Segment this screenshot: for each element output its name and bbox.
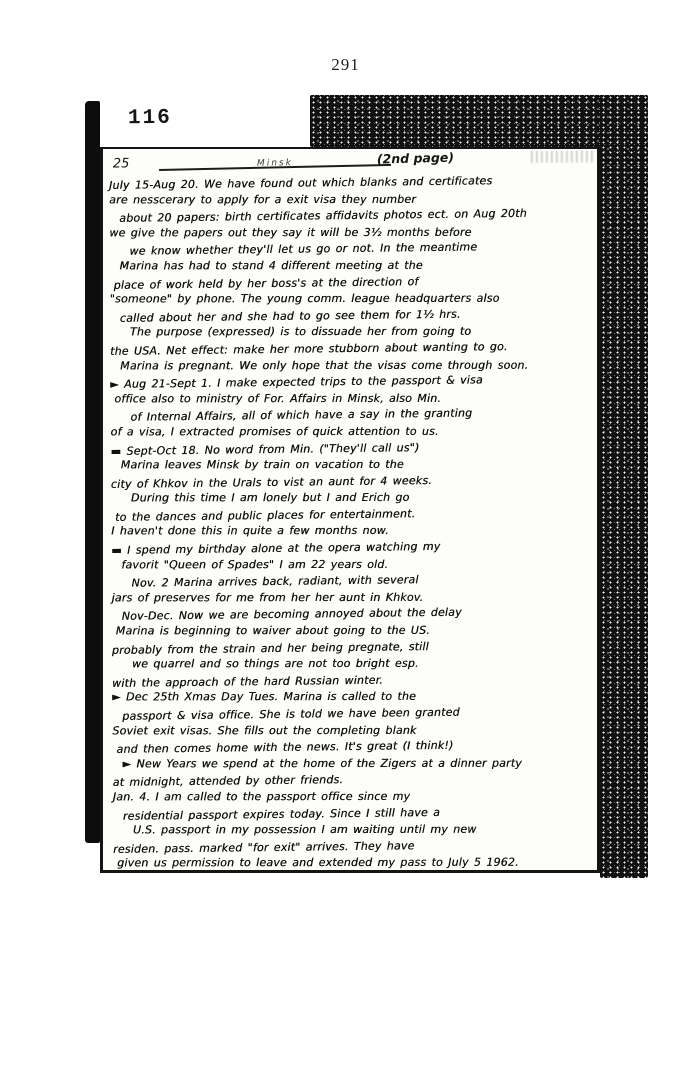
scan-right-edge	[600, 95, 648, 878]
corner-smudge	[531, 151, 593, 163]
printed-page-number: 291	[0, 55, 691, 75]
diary-content: 25 Minsk (2nd page) July 15-Aug 20. We h…	[101, 147, 599, 871]
scan-left-edge	[85, 101, 100, 843]
diary-paper: 25 Minsk (2nd page) July 15-Aug 20. We h…	[100, 147, 600, 873]
exhibit-stamp-box: 116	[100, 99, 310, 147]
underline-scribble: Minsk	[159, 148, 391, 171]
margin-number: 25	[113, 156, 130, 171]
exhibit-stamp-number: 116	[128, 107, 172, 130]
scanned-exhibit: 116 25 Minsk (2nd page) July 15-Aug 20. …	[85, 95, 648, 880]
scan-top-bar	[310, 95, 648, 147]
diary-line: given us permission to leave and extende…	[113, 855, 595, 872]
document-page: 291 116 25 Minsk (2nd page) July 15-Aug …	[0, 0, 691, 1081]
page-note: (2nd page)	[377, 150, 454, 167]
diary-lines: July 15-Aug 20. We have found out which …	[109, 174, 595, 874]
scribble-word: Minsk	[257, 158, 293, 169]
